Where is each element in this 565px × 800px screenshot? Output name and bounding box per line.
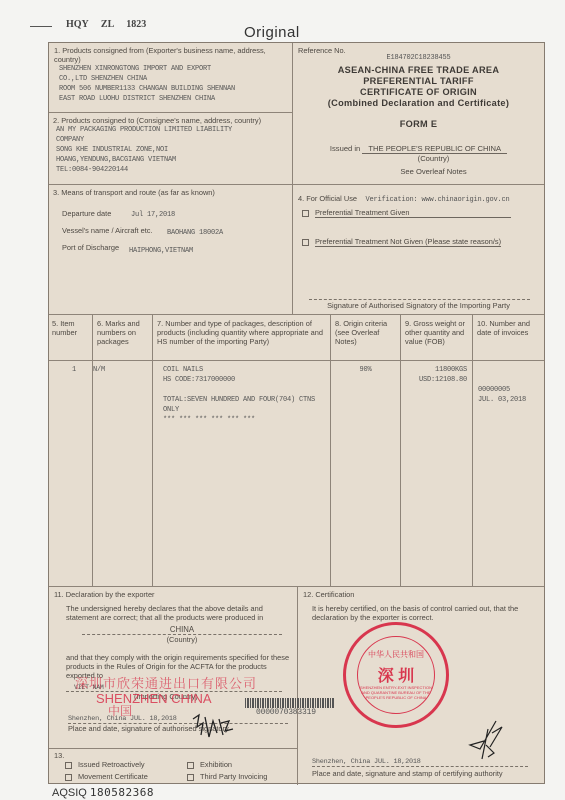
header-gross-weight: 9. Gross weight or other quantity and va…	[401, 315, 473, 361]
transport-box: 3. Means of transport and route (as far …	[49, 185, 293, 315]
certificate-title-line: ASEAN-CHINA FREE TRADE AREA	[298, 65, 539, 76]
exporter-box: 1. Products consigned from (Exporter's b…	[49, 43, 293, 113]
serial-code: HQY ZL 1823	[66, 19, 146, 30]
exporter-line: SHENZHEN XINRONGTONG IMPORT AND EXPORT	[59, 64, 288, 74]
movement-certificate-checkbox[interactable]	[65, 774, 72, 781]
preferential-given-checkbox[interactable]	[302, 210, 309, 217]
form-type: FORM E	[298, 119, 539, 130]
third-party-invoicing-checkbox[interactable]	[187, 774, 194, 781]
departure-value: Jul 17,2018	[131, 210, 175, 220]
exporter-place-date: Shenzhen, China JUL. 18,2018	[68, 715, 288, 724]
exporter-signature	[189, 713, 235, 743]
departure-label: Departure date	[62, 209, 111, 218]
produced-country-caption: (Country)	[72, 635, 292, 644]
seal-top-text: 中华人民共和国	[346, 649, 446, 660]
official-use-box: 4. For Official Use Verification: www.ch…	[293, 185, 544, 315]
certificate-form: 1. Products consigned from (Exporter's b…	[48, 42, 545, 784]
origin-criteria-value: 90%	[331, 361, 401, 587]
consignee-box: 2. Products consigned to (Consignee's na…	[49, 113, 293, 185]
header-description: 7. Number and type of packages, descript…	[153, 315, 331, 361]
exporter-line: EAST ROAD LUOHU DISTRICT SHENZHEN CHINA	[59, 94, 288, 104]
certifier-signature	[466, 719, 506, 763]
reference-box: Reference No. E184702C18238455 ASEAN-CHI…	[293, 43, 544, 185]
movement-certificate-label: Movement Certificate	[78, 772, 148, 781]
box13-label: 13.	[54, 751, 292, 760]
exhibition-checkbox[interactable]	[187, 762, 194, 769]
port-label: Port of Discharge	[62, 243, 119, 252]
declaration-text: The undersigned hereby declares that the…	[66, 604, 292, 622]
exhibition-label: Exhibition	[200, 760, 232, 769]
reference-number: E184702C18238455	[298, 54, 539, 62]
issued-retroactively-label: Issued Retroactively	[78, 760, 145, 769]
aqsiq-footer: AQSIQ 180582368	[52, 786, 154, 799]
official-seal: 中华人民共和国 深 圳 SHENZHEN ENTRY-EXIT INSPECTI…	[343, 622, 449, 728]
consignee-line: COMPANY	[56, 135, 288, 145]
produced-in-country: CHINA	[82, 625, 282, 635]
port-value: HAIPHONG,VIETNAM	[129, 246, 193, 256]
country-caption: (Country)	[328, 154, 539, 163]
signature-line	[309, 299, 530, 300]
exporter-line: ROOM 506 NUMBER1133 CHANGAN BUILDING SHE…	[59, 84, 288, 94]
issued-retroactively-checkbox[interactable]	[65, 762, 72, 769]
preferential-given-label: Preferential Treatment Given	[315, 208, 511, 218]
consignee-line: AN MY PACKAGING PRODUCTION LIMITED LIABI…	[56, 125, 288, 135]
consignee-label: 2. Products consigned to (Consignee's na…	[53, 116, 288, 125]
preferential-not-given-checkbox[interactable]	[302, 239, 309, 246]
certifying-signature-caption: Place and date, signature and stamp of c…	[312, 769, 503, 778]
copy-type-title: Original	[244, 24, 300, 41]
vessel-label: Vessel's name / Aircraft etc.	[62, 226, 153, 235]
company-stamp-cn: 深圳市欣荣通进出口有限公司	[75, 673, 257, 692]
description-line: HS CODE:7317000000	[163, 375, 330, 385]
aqsiq-number: 180582368	[90, 786, 154, 799]
certification-box: 12. Certification It is hereby certified…	[298, 587, 544, 785]
exporter-label: 1. Products consigned from (Exporter's b…	[53, 46, 288, 64]
certification-text: It is hereby certified, on the basis of …	[312, 604, 539, 622]
box13: 13. Issued Retroactively Exhibition Move…	[49, 749, 298, 785]
official-use-label: 4. For Official Use	[298, 194, 357, 203]
item-number: 1	[49, 361, 93, 587]
aqsiq-label: AQSIQ	[52, 787, 87, 799]
certificate-title-line: CERTIFICATE OF ORIGIN	[298, 87, 539, 98]
company-stamp-cn2: 中国	[108, 702, 132, 719]
consignee-line: HOANG,YENDUNG,BACGIANG VIETNAM	[56, 155, 288, 165]
certificate-subtitle: (Combined Declaration and Certificate)	[298, 98, 539, 109]
header-origin-criteria: 8. Origin criteria (see Overleaf Notes)	[331, 315, 401, 361]
description-line: COIL NAILS	[163, 365, 330, 375]
third-party-invoicing-label: Third Party Invoicing	[200, 772, 267, 781]
marks-value: N/M	[93, 361, 153, 587]
transport-label: 3. Means of transport and route (as far …	[53, 188, 288, 197]
description-line: TOTAL:SEVEN HUNDRED AND FOUR(704) CTNS	[163, 395, 330, 405]
fob-value: USD:12108.80	[401, 375, 467, 385]
consignee-line: SONG KHE INDUSTRIAL ZONE,NOI	[56, 145, 288, 155]
exporter-line: CO.,LTD SHENZHEN CHINA	[59, 74, 288, 84]
header-marks: 6. Marks and numbers on packages	[93, 315, 153, 361]
importing-signatory-caption: Signature of Authorised Signatory of the…	[293, 301, 544, 310]
verification-url: Verification: www.chinaorigin.gov.cn	[365, 196, 509, 204]
certificate-title-line: PREFERENTIAL TARIFF	[298, 76, 539, 87]
exporter-declaration-box: 11. Declaration by the exporter The unde…	[49, 587, 298, 749]
header-invoices: 10. Number and date of invoices	[473, 315, 544, 361]
consignee-line: TEL:0084-904220144	[56, 165, 288, 175]
description-line: ONLY	[163, 405, 330, 415]
preferential-not-given-label: Preferential Treatment Not Given (Please…	[315, 237, 501, 247]
description-line: *** *** *** *** *** ***	[163, 415, 330, 425]
certification-label: 12. Certification	[303, 590, 539, 599]
seal-center-text: 深 圳	[346, 663, 446, 686]
header-rule	[30, 26, 52, 27]
declaration-label: 11. Declaration by the exporter	[54, 590, 292, 599]
invoice-number: 00000005	[478, 385, 544, 395]
exporter-signature-caption: Place and date, signature of authorised …	[68, 724, 292, 733]
table-row: 1 N/M COIL NAILS HS CODE:7317000000 TOTA…	[49, 361, 544, 587]
invoice-date: JUL. 03,2018	[478, 395, 544, 405]
vessel-value: BAOHANG 18002A	[167, 228, 223, 238]
overleaf-notes: See Overleaf Notes	[328, 167, 539, 176]
issued-in-label: Issued in	[330, 144, 360, 153]
gross-weight-value: 11800KGS	[401, 365, 467, 375]
seal-ring-text: SHENZHEN ENTRY-EXIT INSPECTION AND QUARA…	[360, 685, 432, 705]
issued-in-country: THE PEOPLE'S REPUBLIC OF CHINA	[362, 144, 507, 154]
header-item-number: 5. Item number	[49, 315, 93, 361]
